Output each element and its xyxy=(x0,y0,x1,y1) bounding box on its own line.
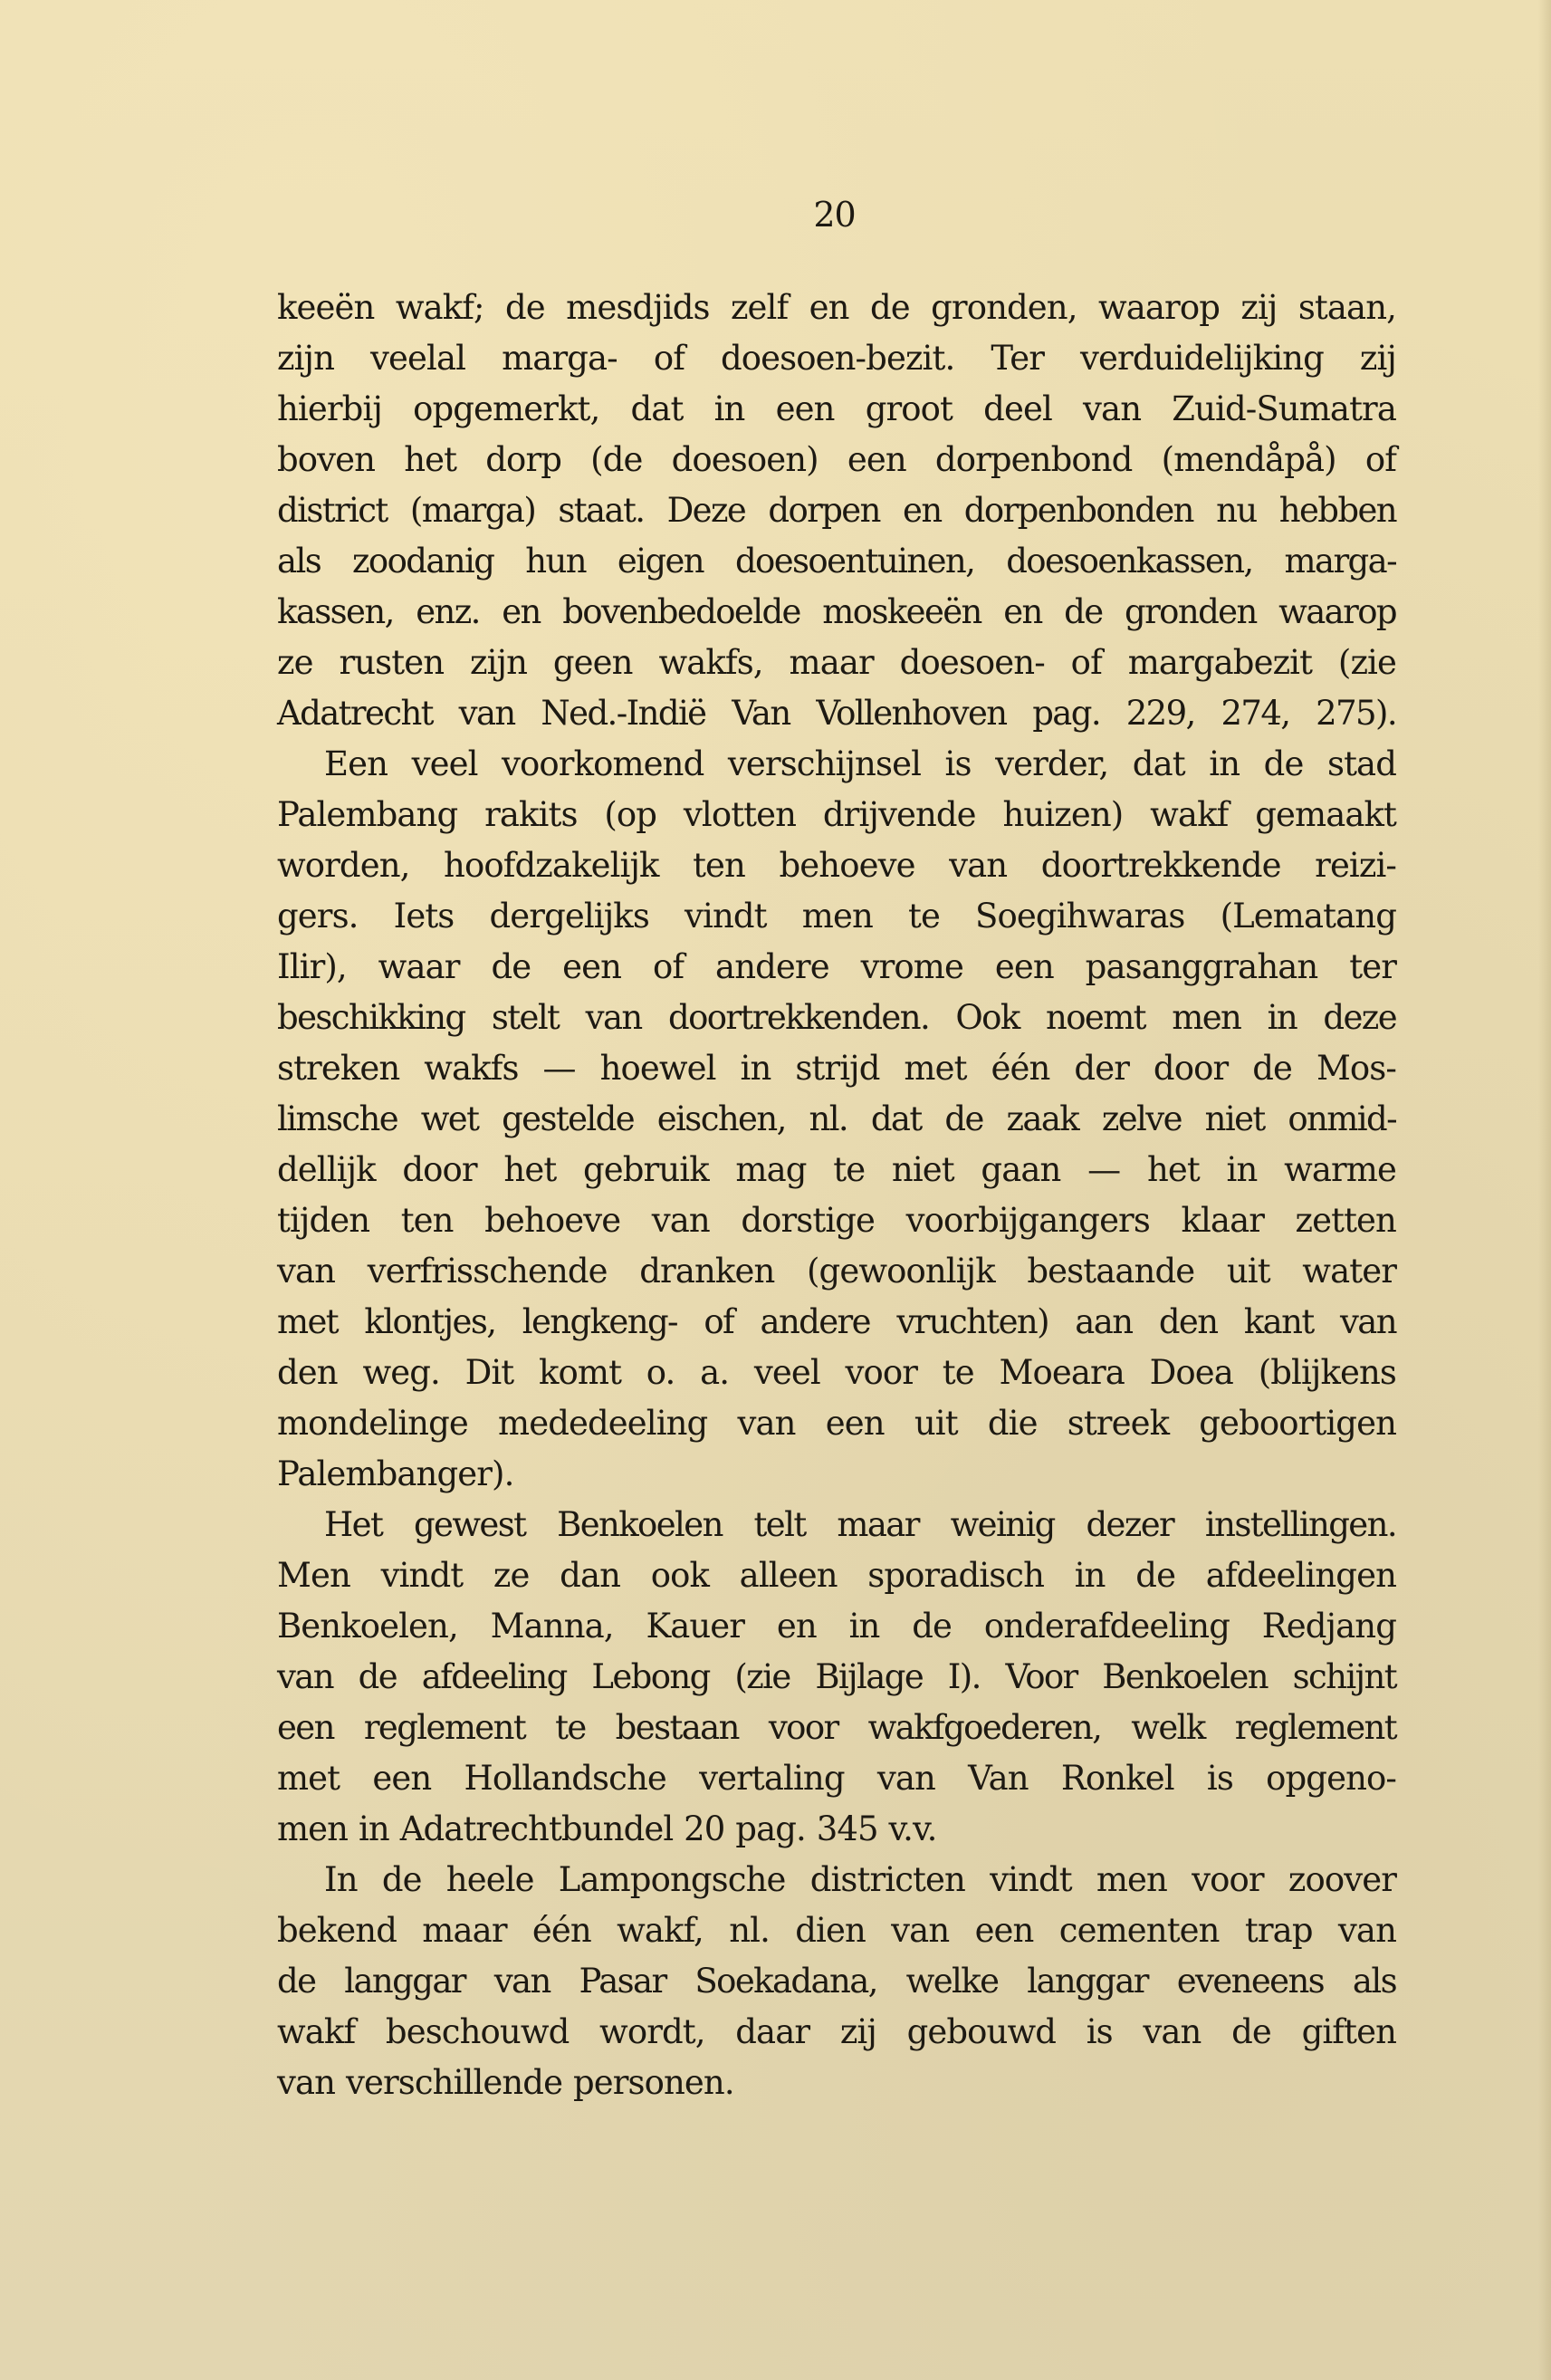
text-line: worden, hoofdzakelijk ten behoeve van do… xyxy=(277,840,1396,891)
text-line: beschikking stelt van doortrekkenden. Oo… xyxy=(277,993,1396,1043)
text-line: boven het dorp (de doesoen) een dorpenbo… xyxy=(277,435,1396,485)
text-line: Adatrecht van Ned.-Indië Van Vollenhoven… xyxy=(277,688,1396,739)
text-line: ze rusten zijn geen wakfs, maar doesoen-… xyxy=(277,638,1396,688)
text-line: limsche wet gestelde eischen, nl. dat de… xyxy=(277,1094,1396,1145)
text-line: tijden ten behoeve van dorstige voorbijg… xyxy=(277,1195,1396,1246)
text-line: met een Hollandsche vertaling van Van Ro… xyxy=(277,1753,1396,1804)
text-line: een reglement te bestaan voor wakfgoeder… xyxy=(277,1703,1396,1753)
text-line: de langgar van Pasar Soekadana, welke la… xyxy=(277,1956,1396,2007)
text-line: wakf beschouwd wordt, daar zij gebouwd i… xyxy=(277,2007,1396,2058)
text-line: Palembanger). xyxy=(277,1449,1396,1500)
text-line: van de afdeeling Lebong (zie Bijlage I).… xyxy=(277,1652,1396,1703)
text-line: hierbij opgemerkt, dat in een groot deel… xyxy=(277,384,1396,435)
text-line: In de heele Lampongsche districten vindt… xyxy=(277,1855,1396,1905)
body-text: keeën wakf; de mesdjids zelf en de grond… xyxy=(277,283,1396,2108)
text-line: als zoodanig hun eigen doesoentuinen, do… xyxy=(277,536,1396,587)
text-line: van verschillende personen. xyxy=(277,2058,1396,2108)
text-line: keeën wakf; de mesdjids zelf en de grond… xyxy=(277,283,1396,333)
text-line: Ilir), waar de een of andere vrome een p… xyxy=(277,942,1396,993)
paragraph-1: keeën wakf; de mesdjids zelf en de grond… xyxy=(277,283,1396,739)
text-line: Palembang rakits (op vlotten drijvende h… xyxy=(277,790,1396,840)
text-line: mondelinge mededeeling van een uit die s… xyxy=(277,1398,1396,1449)
text-line: met klontjes, lengkeng- of andere vrucht… xyxy=(277,1297,1396,1348)
page-edge-shadow xyxy=(1538,0,1551,2380)
paragraph-3: Het gewest Benkoelen telt maar weinig de… xyxy=(277,1500,1396,1855)
text-line: district (marga) staat. Deze dorpen en d… xyxy=(277,485,1396,536)
text-line: zijn veelal marga- of doesoen-bezit. Ter… xyxy=(277,333,1396,384)
paragraph-4: In de heele Lampongsche districten vindt… xyxy=(277,1855,1396,2108)
text-line: gers. Iets dergelijks vindt men te Soegi… xyxy=(277,891,1396,942)
text-line: dellijk door het gebruik mag te niet gaa… xyxy=(277,1145,1396,1195)
text-line: bekend maar één wakf, nl. dien van een c… xyxy=(277,1905,1396,1956)
text-line: den weg. Dit komt o. a. veel voor te Moe… xyxy=(277,1348,1396,1398)
text-line: Een veel voorkomend verschijnsel is verd… xyxy=(277,739,1396,790)
text-line: Men vindt ze dan ook alleen sporadisch i… xyxy=(277,1550,1396,1601)
text-line: men in Adatrechtbundel 20 pag. 345 v.v. xyxy=(277,1804,1396,1855)
text-line: Benkoelen, Manna, Kauer en in de onderaf… xyxy=(277,1601,1396,1652)
text-line: Het gewest Benkoelen telt maar weinig de… xyxy=(277,1500,1396,1550)
document-page: 20 keeën wakf; de mesdjids zelf en de gr… xyxy=(0,0,1551,2380)
text-line: kassen, enz. en bovenbedoelde moskeeën e… xyxy=(277,587,1396,638)
paragraph-2: Een veel voorkomend verschijnsel is verd… xyxy=(277,739,1396,1500)
text-line: van verfrisschende dranken (gewoonlijk b… xyxy=(277,1246,1396,1297)
text-line: streken wakfs — hoewel in strijd met één… xyxy=(277,1043,1396,1094)
page-number: 20 xyxy=(0,194,1551,235)
